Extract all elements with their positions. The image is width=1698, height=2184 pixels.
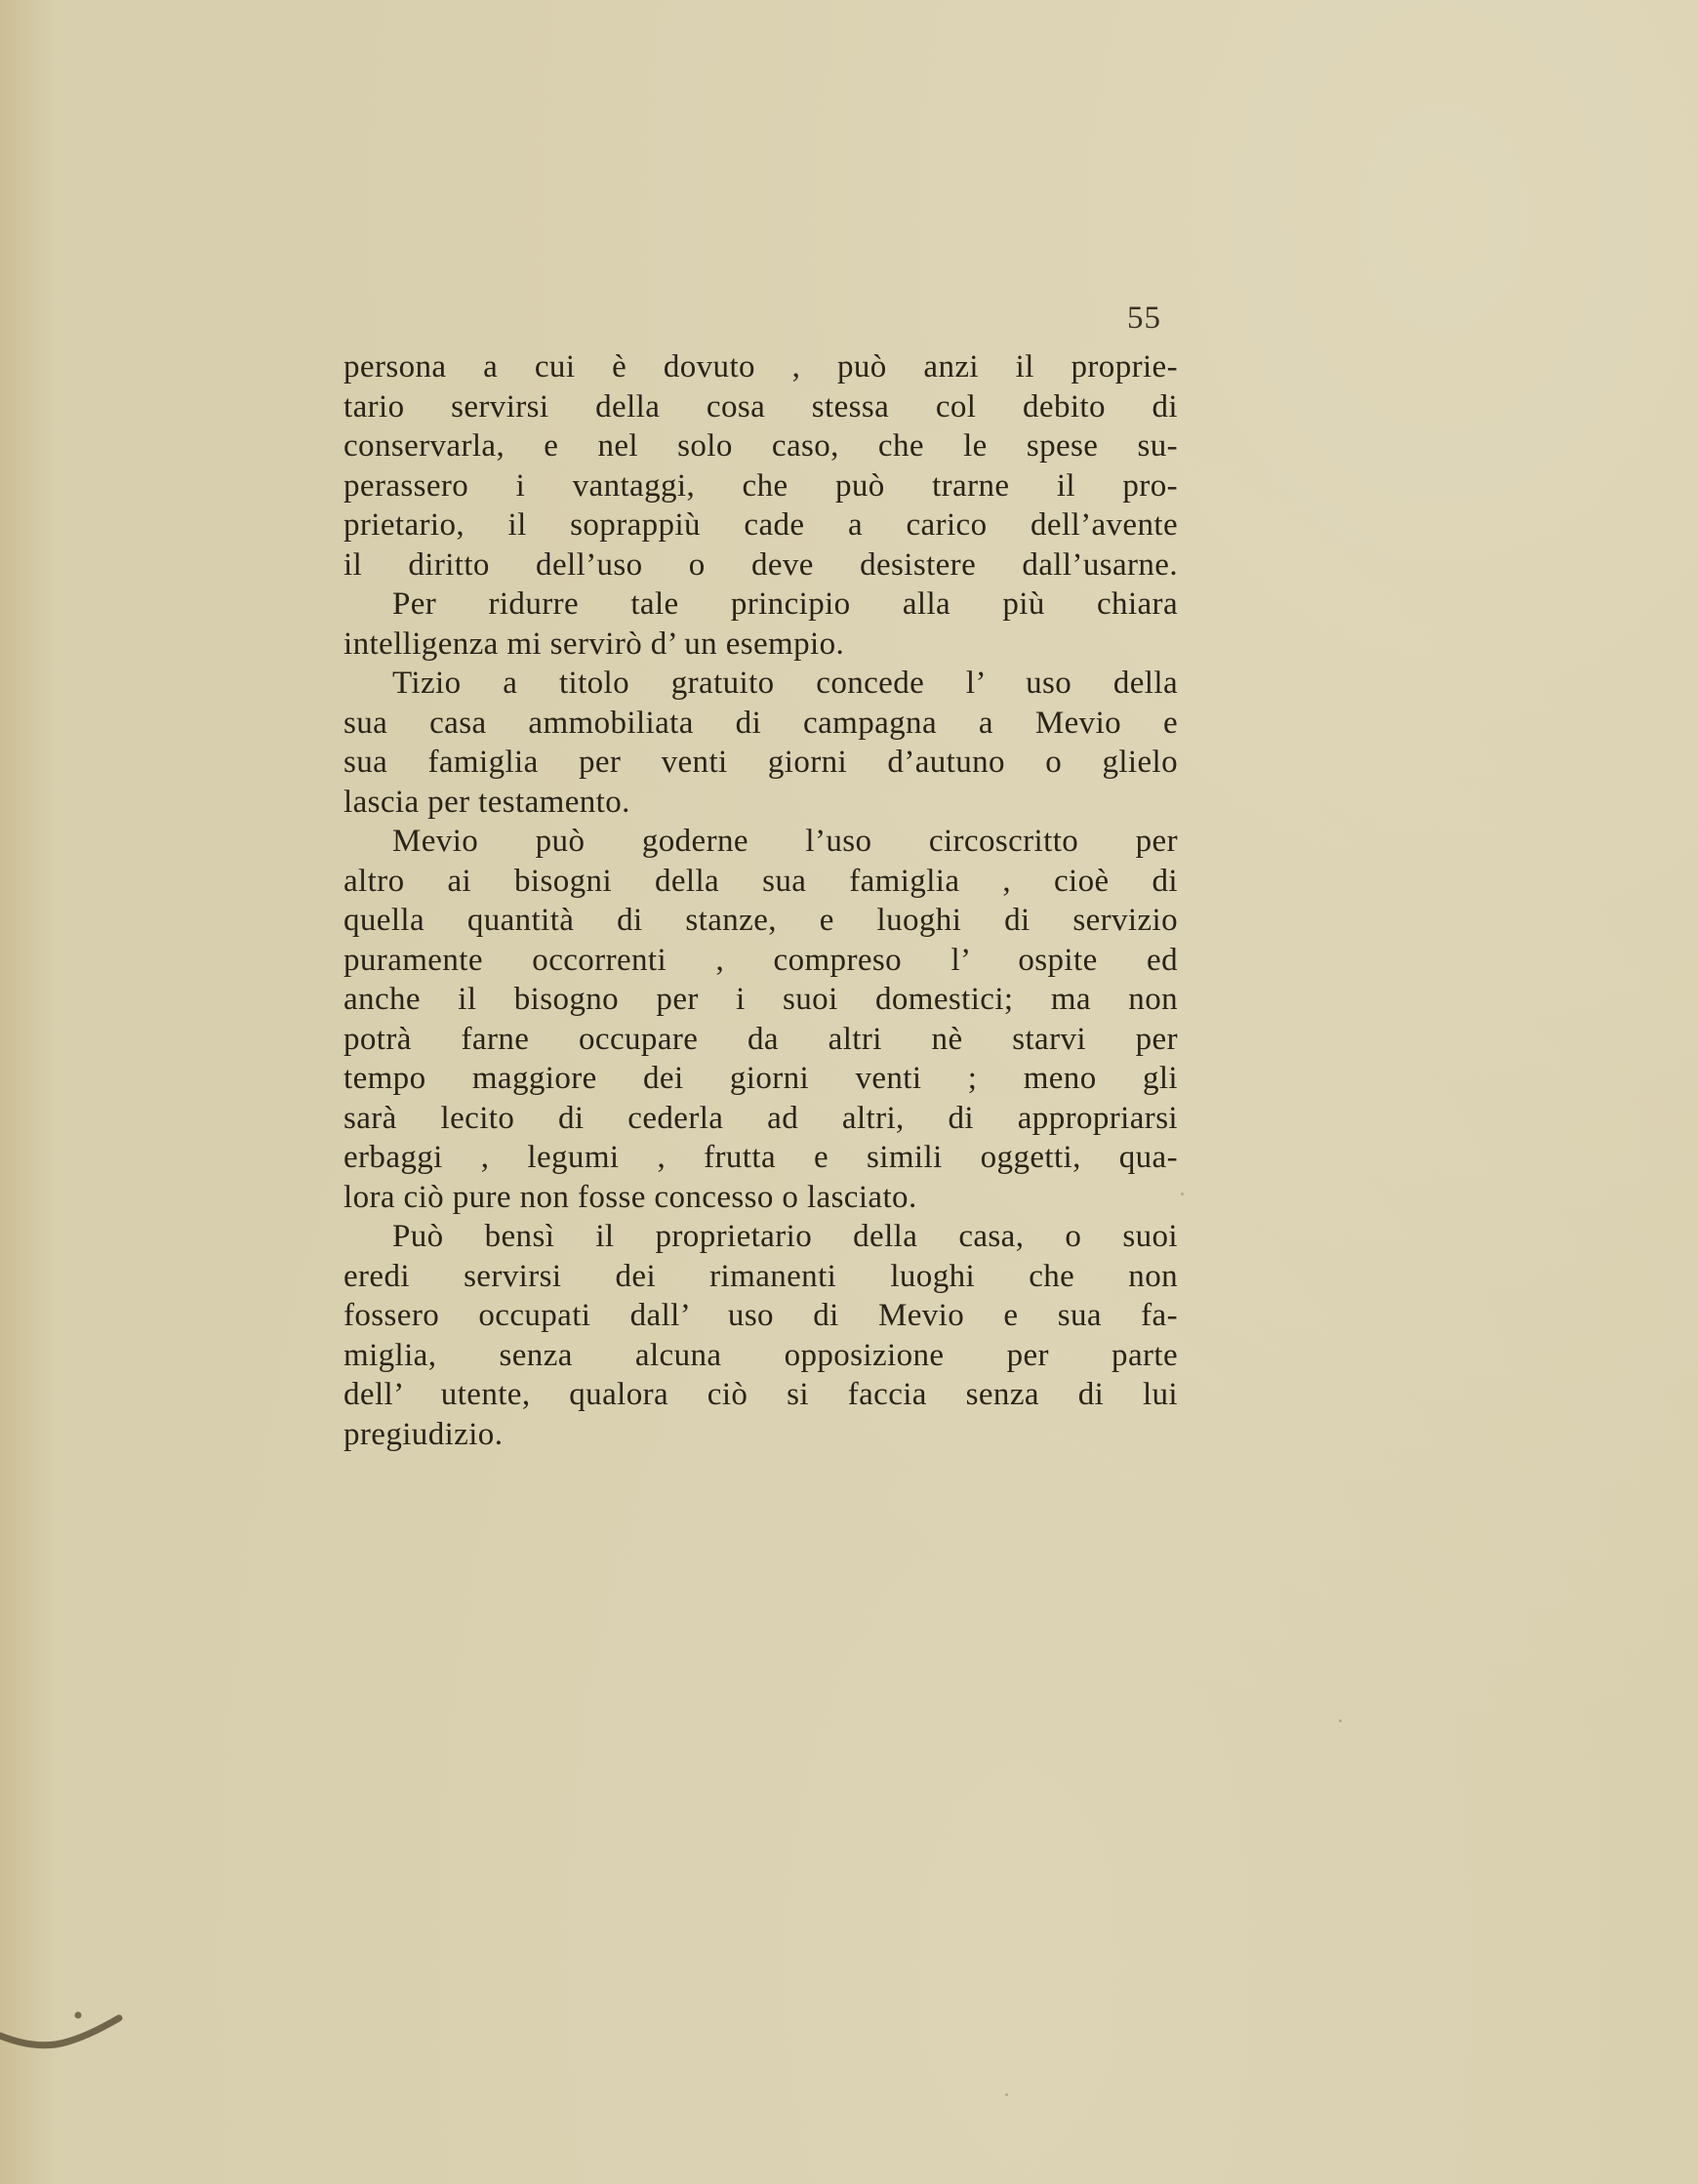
text-line: tario servirsi della cosa stessa col deb… [344,387,1178,427]
text-line: dell’ utente, qualora ciò si faccia senz… [344,1375,1178,1415]
paragraph-3: Tizio a titolo gratuito concede l’ uso d… [344,664,1178,822]
text-line: sua famiglia per venti giorni d’autuno o… [344,743,1178,783]
paragraph-5: Può bensì il proprietario della casa, o … [344,1217,1178,1454]
text-line: conservarla, e nel solo caso, che le spe… [344,426,1178,466]
text-line: tempo maggiore dei giorni venti ; meno g… [344,1059,1178,1099]
paragraph-2: Per ridurre tale principio alla più chia… [344,585,1178,664]
text-line: pregiudizio. [344,1415,1178,1455]
ink-stroke-mark-icon [0,2001,137,2063]
text-line: erbaggi , legumi , frutta e simili ogget… [344,1138,1178,1178]
text-line: intelligenza mi servirò d’ un esempio. [344,625,1178,665]
text-line: sarà lecito di cederla ad altri, di appr… [344,1099,1178,1139]
body-text: persona a cui è dovuto , può anzi il pro… [344,347,1178,1454]
text-line: lora ciò pure non fosse concesso o lasci… [344,1178,1178,1218]
text-line: Tizio a titolo gratuito concede l’ uso d… [344,664,1178,704]
text-line: prietario, il soprappiù cade a carico de… [344,506,1178,546]
text-line: miglia, senza alcuna opposizione per par… [344,1336,1178,1376]
text-line: eredi servirsi dei rimanenti luoghi che … [344,1257,1178,1297]
text-line: puramente occorrenti , compreso l’ ospit… [344,941,1178,981]
paragraph-4: Mevio può goderne l’uso circoscritto per… [344,822,1178,1217]
text-line: Per ridurre tale principio alla più chia… [344,585,1178,625]
text-line: Può bensì il proprietario della casa, o … [344,1217,1178,1257]
paper-speck [1005,2093,1008,2096]
text-line: Mevio può goderne l’uso circoscritto per [344,822,1178,862]
paper-speck [1181,1193,1184,1195]
text-line: il diritto dell’uso o deve desistere dal… [344,546,1178,586]
text-line: lascia per testamento. [344,783,1178,823]
text-line: potrà farne occupare da altri nè starvi … [344,1020,1178,1060]
paragraph-1: persona a cui è dovuto , può anzi il pro… [344,347,1178,585]
text-line: fossero occupati dall’ uso di Mevio e su… [344,1296,1178,1336]
text-line: perassero i vantaggi, che può trarne il … [344,466,1178,506]
page-number: 55 [1127,301,1161,337]
text-line: altro ai bisogni della sua famiglia , ci… [344,862,1178,902]
text-line: anche il bisogno per i suoi domestici; m… [344,980,1178,1020]
text-line: quella quantità di stanze, e luoghi di s… [344,901,1178,941]
paper-speck [1339,1719,1342,1722]
text-line: persona a cui è dovuto , può anzi il pro… [344,347,1178,387]
text-line: sua casa ammobiliata di campagna a Mevio… [344,704,1178,744]
